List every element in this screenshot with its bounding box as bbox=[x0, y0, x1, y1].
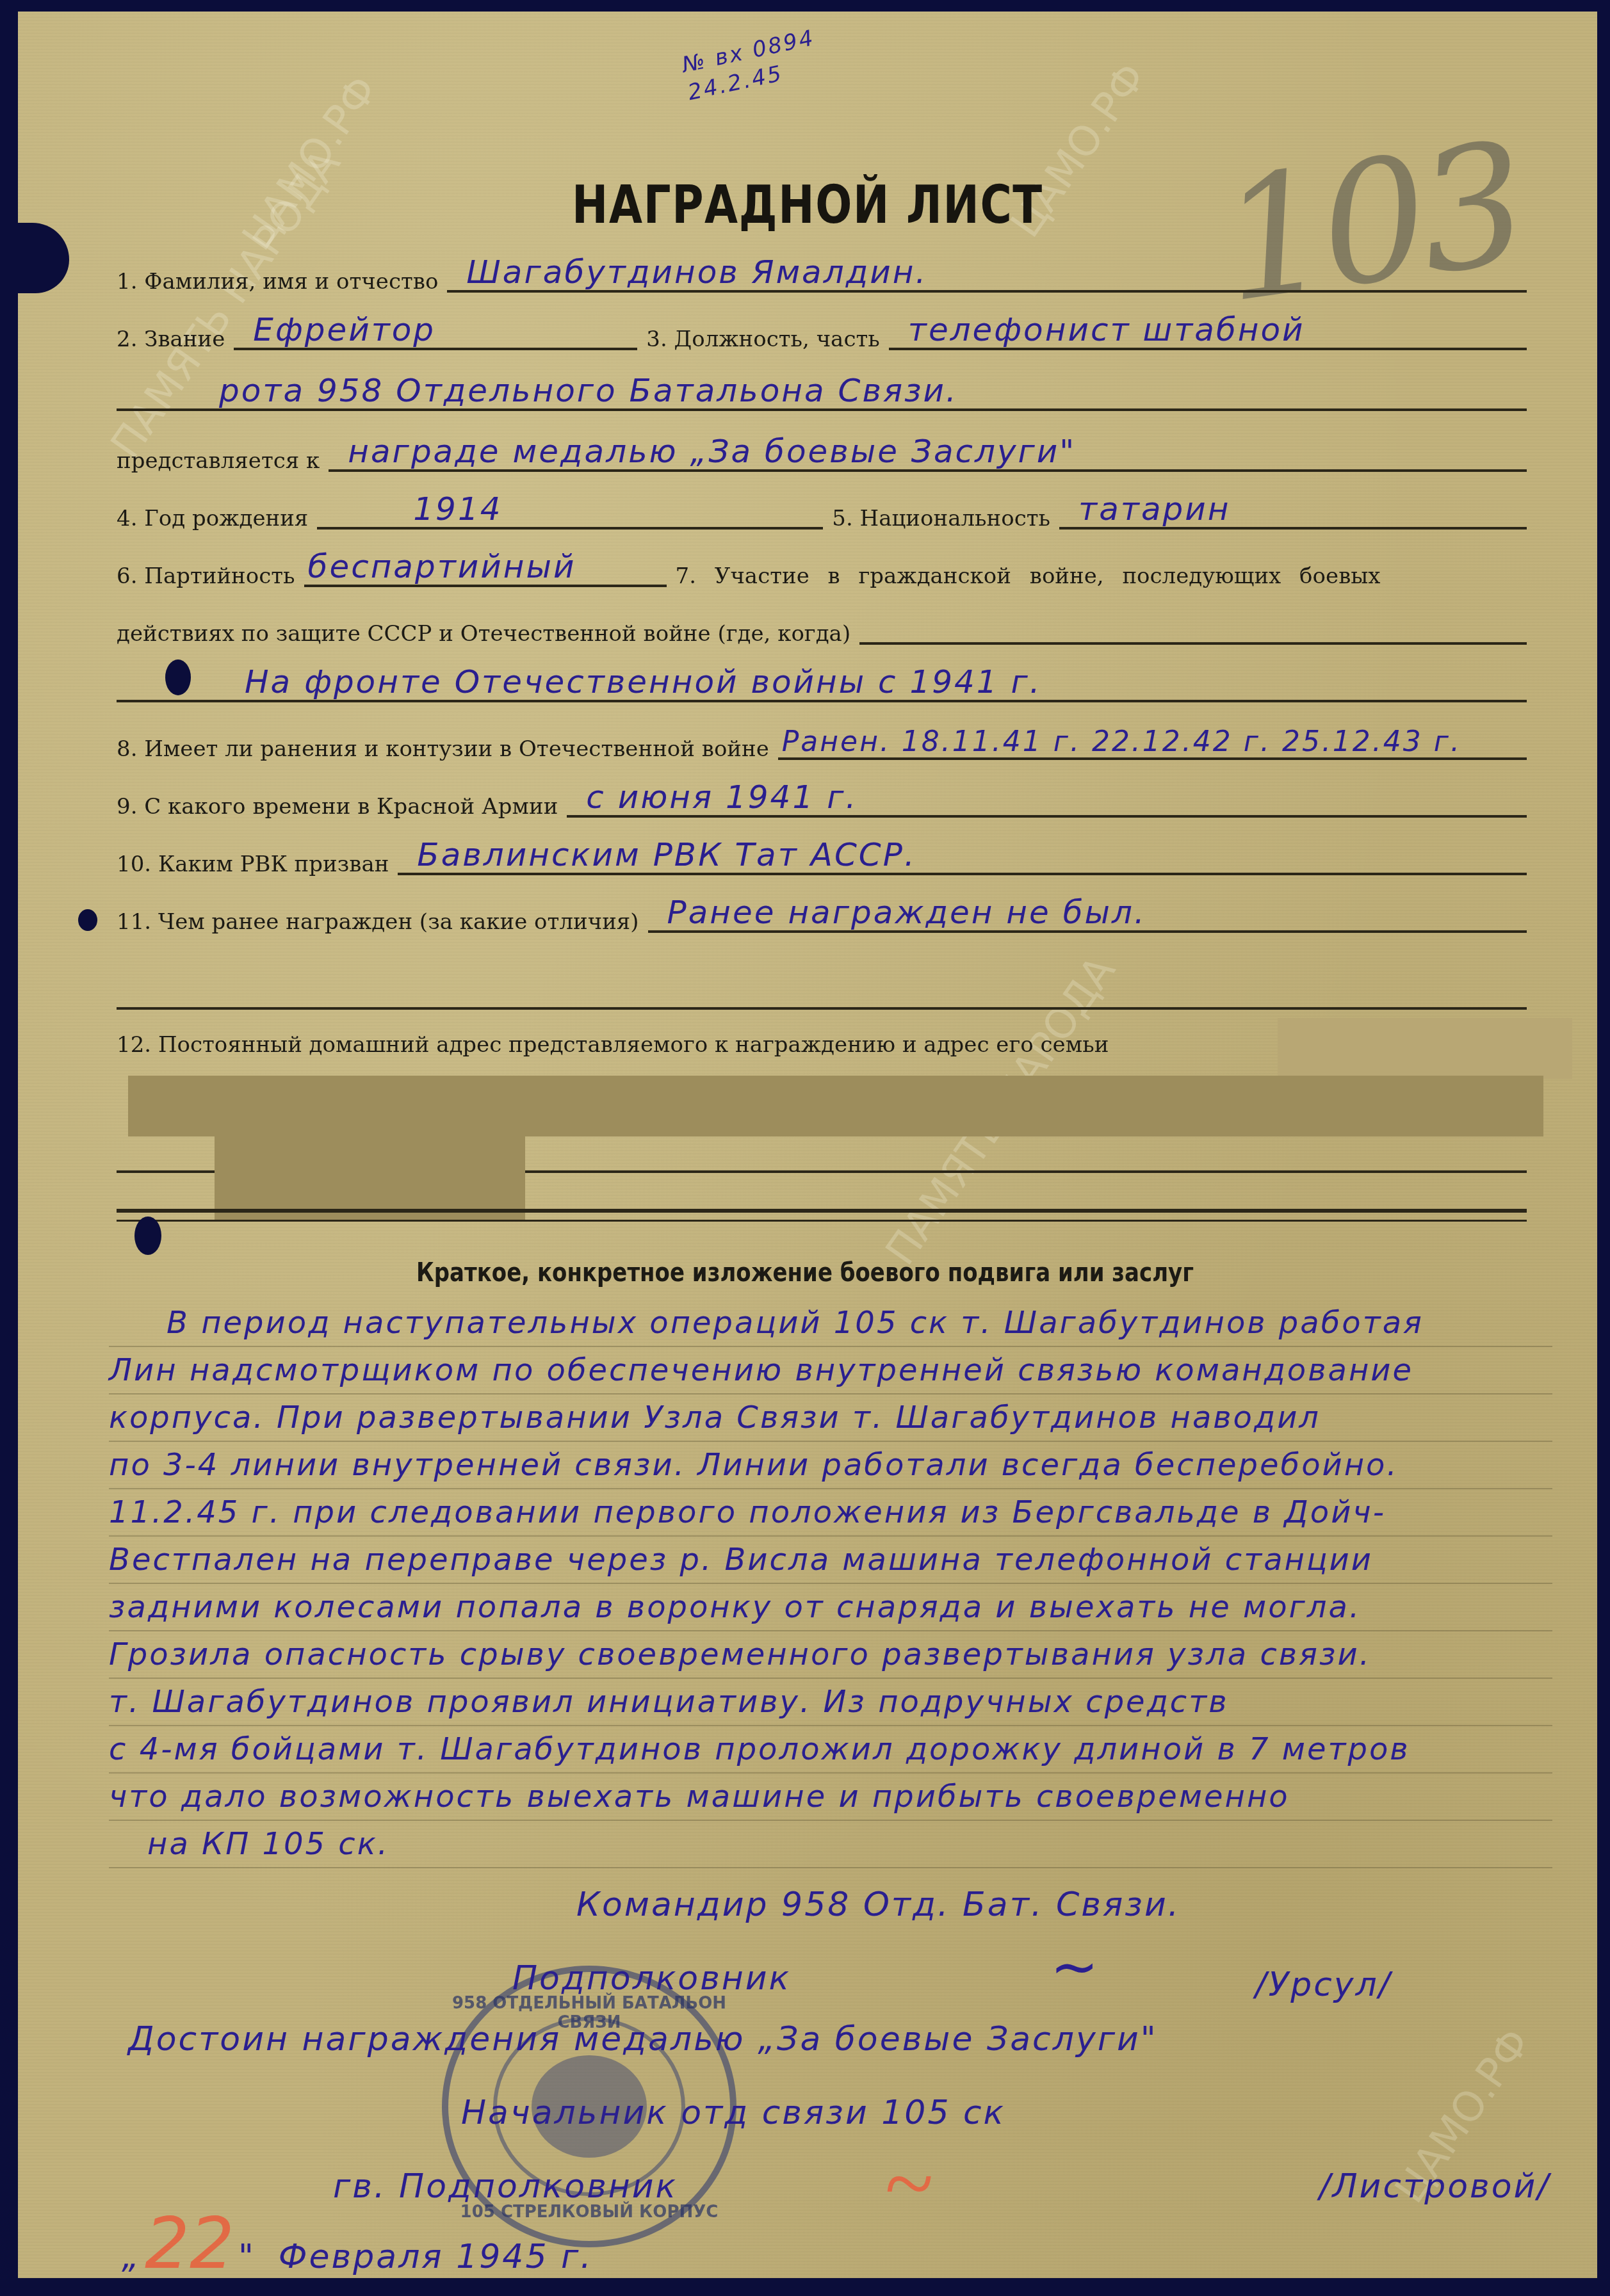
field-12-label: 12. Постоянный домашний адрес представля… bbox=[117, 1034, 1109, 1056]
field-8-value: Ранен. 18.11.41 г. 22.12.42 г. 25.12.43 … bbox=[782, 727, 1461, 757]
chief-signature-red: ~ bbox=[884, 2132, 932, 2235]
field-7-value-row: На фронте Отечественной войны с 1941 г. bbox=[117, 663, 1527, 702]
narrative-text: В период наступательных операций 105 ск … bbox=[109, 1300, 1552, 1868]
field-1-value: Шагабутдинов Ямалдин. bbox=[466, 255, 927, 290]
field-6-label: 6. Партийность bbox=[117, 565, 295, 587]
field-10-value: Бавлинским РВК Тат АССР. bbox=[417, 837, 916, 873]
narrative-line: т. Шагабутдинов проявил инициативу. Из п… bbox=[109, 1679, 1552, 1726]
field-6-value: беспартийный bbox=[308, 549, 576, 585]
field-1-label: 1. Фамилия, имя и отчество bbox=[117, 271, 438, 293]
field-4-5: 4. Год рождения 1914 5. Национальность т… bbox=[117, 490, 1527, 530]
field-7-label-cont: действиях по защите СССР и Отечественной… bbox=[117, 623, 850, 645]
commander-name: /Урсул/ bbox=[1255, 1966, 1392, 2004]
presented-label: представляется к bbox=[117, 450, 320, 472]
field-1: 1. Фамилия, имя и отчество Шагабутдинов … bbox=[117, 253, 1527, 293]
date-quote-open: „ bbox=[122, 2238, 141, 2276]
presented-for: представляется к награде медалью „За бое… bbox=[117, 432, 1527, 472]
section-divider bbox=[117, 1220, 1527, 1222]
field-3-label: 3. Должность, часть bbox=[646, 328, 879, 350]
section-divider bbox=[117, 1209, 1527, 1213]
narrative-line: Грозила опасность срыву своевременного р… bbox=[109, 1631, 1552, 1679]
narrative-heading: Краткое, конкретное изложение боевого по… bbox=[121, 1258, 1490, 1288]
field-11: 11. Чем ранее награжден (за какие отличи… bbox=[117, 893, 1527, 933]
field-5-label: 5. Национальность bbox=[832, 508, 1050, 530]
redaction-block bbox=[128, 1076, 1543, 1136]
field-4-value: 1914 bbox=[413, 492, 502, 527]
ink-blot bbox=[78, 909, 97, 931]
date-month-year: Февраля 1945 г. bbox=[279, 2238, 593, 2276]
field-2-3: 2. Звание Ефрейтор 3. Должность, часть т… bbox=[117, 311, 1527, 350]
field-2-value: Ефрейтор bbox=[253, 312, 435, 348]
field-11-blank bbox=[117, 970, 1527, 1010]
field-8: 8. Имеет ли ранения и контузии в Отечест… bbox=[117, 720, 1527, 760]
field-9-label: 9. С какого времени в Красной Армии bbox=[117, 796, 558, 818]
field-11-label: 11. Чем ранее награжден (за какие отличи… bbox=[117, 911, 639, 933]
field-9: 9. С какого времени в Красной Армии с ию… bbox=[117, 778, 1527, 818]
date-line: „ 22 " Февраля 1945 г. bbox=[122, 2203, 593, 2284]
field-8-label: 8. Имеет ли ранения и контузии в Отечест… bbox=[117, 738, 769, 760]
document-title: НАГРАДНОЙ ЛИСТ bbox=[160, 175, 1455, 236]
field-5-value: татарин bbox=[1078, 492, 1230, 527]
narrative-line: задними колесами попала в воронку от сна… bbox=[109, 1584, 1552, 1631]
chief-title: Начальник отд связи 105 ск bbox=[461, 2094, 1005, 2132]
field-2-label: 2. Звание bbox=[117, 328, 225, 350]
presented-value: награде медалью „За боевые Заслуги" bbox=[348, 434, 1076, 469]
commander-title: Командир 958 Отд. Бат. Связи. bbox=[576, 1886, 1180, 1924]
registry-note: № вх 0894 24.2.45 bbox=[679, 24, 823, 107]
field-4-label: 4. Год рождения bbox=[117, 508, 308, 530]
narrative-line: корпуса. При развертывании Узла Связи т.… bbox=[109, 1395, 1552, 1442]
narrative-line: по 3-4 линии внутренней связи. Линии раб… bbox=[109, 1442, 1552, 1489]
chief-name: /Листровой/ bbox=[1319, 2167, 1550, 2206]
narrative-line: Вестпален на переправе через р. Висла ма… bbox=[109, 1537, 1552, 1584]
narrative-line: что дало возможность выехать машине и пр… bbox=[109, 1774, 1552, 1821]
field-10: 10. Каким РВК призван Бавлинским РВК Тат… bbox=[117, 836, 1527, 875]
torn-edge bbox=[0, 223, 69, 293]
field-6-7: 6. Партийность беспартийный 7. Участие в… bbox=[117, 547, 1527, 587]
redaction-block bbox=[215, 1136, 525, 1220]
redaction-block bbox=[1278, 1018, 1572, 1079]
field-7-label: 7. Участие в гражданской войне, последую… bbox=[676, 565, 1527, 587]
ink-blot bbox=[165, 659, 191, 695]
field-3-cont: рота 958 Отдельного Батальона Связи. bbox=[117, 371, 1527, 411]
chief-rank: гв. Подполковник bbox=[333, 2167, 678, 2206]
field-9-value: с июня 1941 г. bbox=[586, 780, 858, 815]
field-7-cont: действиях по защите СССР и Отечественной… bbox=[117, 605, 1527, 645]
narrative-line: на КП 105 ск. bbox=[109, 1821, 1552, 1868]
field-3-value: телефонист штабной bbox=[908, 312, 1305, 348]
field-3-value-cont: рота 958 Отдельного Батальона Связи. bbox=[219, 373, 958, 408]
narrative-line: 11.2.45 г. при следовании первого положе… bbox=[109, 1489, 1552, 1537]
field-10-label: 10. Каким РВК призван bbox=[117, 853, 389, 875]
ink-blot bbox=[134, 1217, 161, 1255]
date-day: 22 bbox=[145, 2203, 234, 2284]
narrative-line: Лин надсмотрщиком по обеспечению внутрен… bbox=[109, 1347, 1552, 1395]
commander-signature: ~ bbox=[1050, 1934, 1094, 2001]
field-7-value: На фронте Отечественной войны с 1941 г. bbox=[245, 665, 1042, 700]
commander-rank: Подполковник bbox=[512, 1959, 791, 1998]
narrative-line: с 4-мя бойцами т. Шагабутдинов проложил … bbox=[109, 1726, 1552, 1774]
narrative-line: В период наступательных операций 105 ск … bbox=[109, 1300, 1552, 1347]
field-11-value: Ранее награжден не был. bbox=[667, 895, 1146, 930]
resolution-text: Достоин награждения медалью „За боевые З… bbox=[128, 2020, 1158, 2058]
date-quote-close: " bbox=[238, 2238, 256, 2276]
